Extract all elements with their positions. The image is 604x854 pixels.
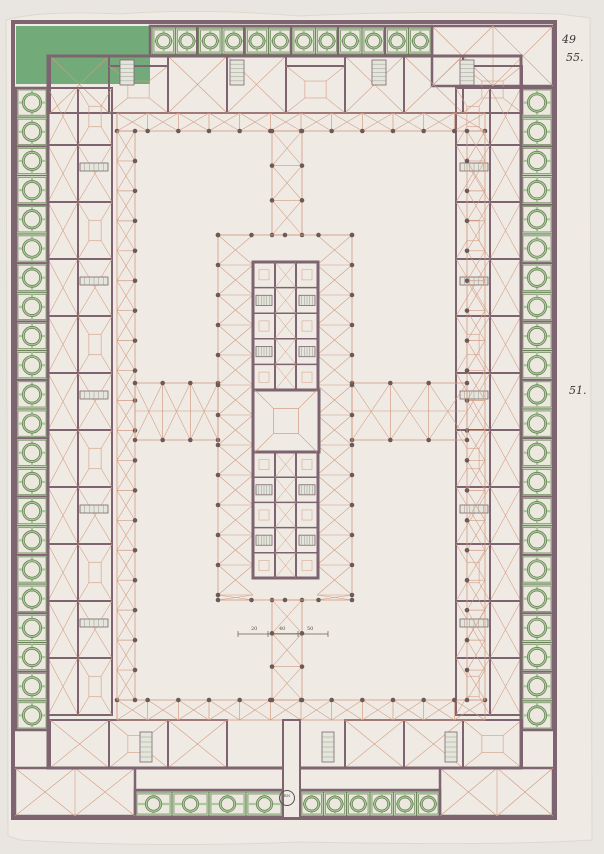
scale-label-3: 50 [307, 626, 313, 632]
scale-label-1: 20 [251, 626, 257, 632]
left-garden-column [16, 88, 48, 730]
margin-number-annotation: 51. [569, 384, 587, 397]
top-garden-row [150, 26, 432, 56]
page-number-annotation: 55. [566, 51, 584, 64]
right-garden-column [521, 88, 553, 730]
library-stamp: BN [279, 790, 295, 806]
bottom-garden-right [300, 790, 440, 817]
scale-label-2: 40 [279, 626, 285, 632]
bottom-garden-left [135, 790, 283, 817]
sheet-number-annotation: 49 [562, 33, 576, 46]
floor-plan-drawing [0, 0, 604, 854]
